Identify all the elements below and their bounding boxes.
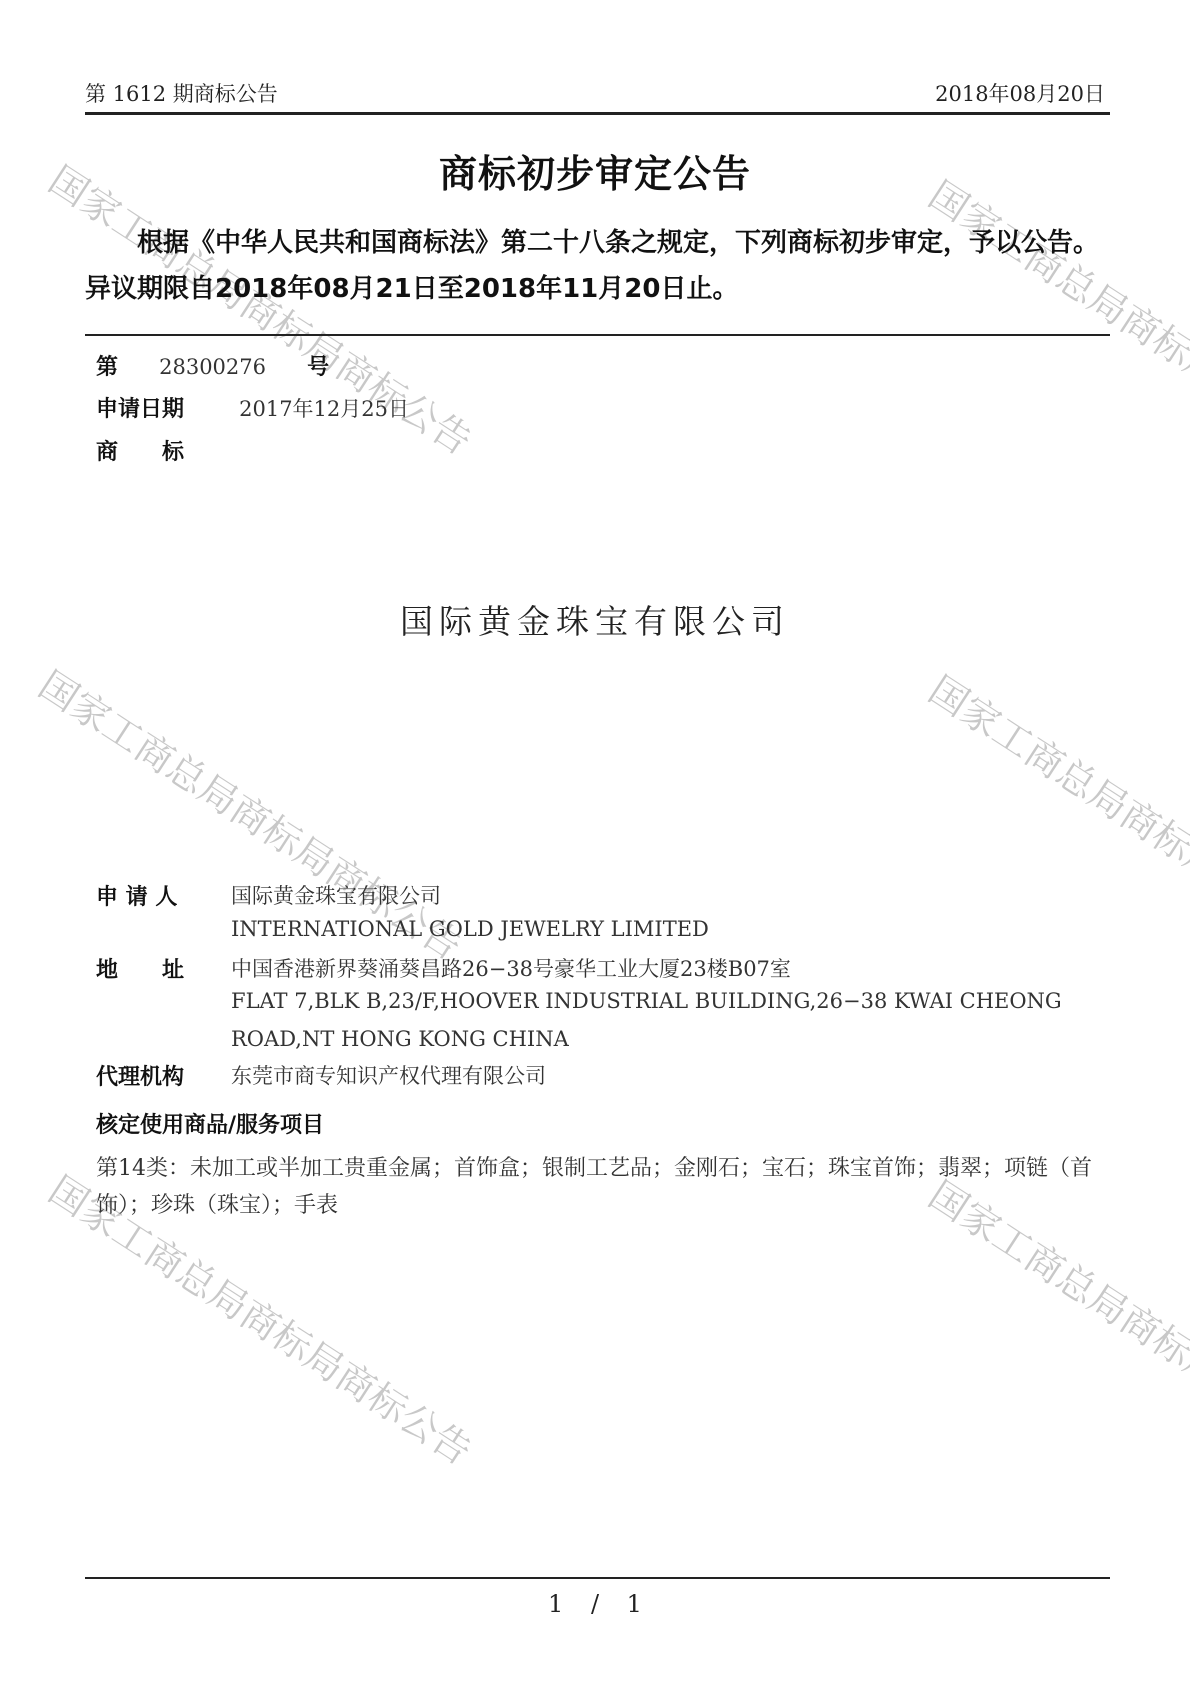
filing-date-row: 申请日期 2017年12月25日 — [96, 392, 409, 423]
registration-number: 28300276 — [159, 355, 266, 379]
watermark: 国家工商总局商标局商标公告 — [920, 165, 1190, 480]
address-label: 地 址 — [96, 953, 206, 984]
applicant-cn: 国际黄金珠宝有限公司 — [231, 880, 441, 910]
trademark-text: 国际黄金珠宝有限公司 — [0, 596, 1190, 643]
agent: 东莞市商专知识产权代理有限公司 — [231, 1060, 546, 1090]
address-en-line2: ROAD,NT HONG KONG CHINA — [231, 1027, 569, 1051]
filing-date-label: 申请日期 — [96, 397, 184, 422]
mark-label: 商 标 — [96, 435, 184, 466]
applicant-en: INTERNATIONAL GOLD JEWELRY LIMITED — [231, 917, 709, 941]
address-cn: 中国香港新界葵涌葵昌路26−38号豪华工业大厦23楼B07室 — [231, 953, 791, 983]
applicant-label: 申 请 人 — [96, 880, 206, 911]
intro-paragraph: 根据《中华人民共和国商标法》第二十八条之规定，下列商标初步审定，予以公告。异议期… — [85, 220, 1110, 312]
goods-heading: 核定使用商品/服务项目 — [96, 1108, 324, 1139]
footer-divider — [85, 1577, 1110, 1579]
registration-number-row: 第 28300276 号 — [96, 350, 329, 381]
issue-number: 第 1612 期商标公告 — [85, 78, 278, 108]
watermark: 国家工商总局商标局商标公告 — [920, 660, 1190, 975]
page-title: 商标初步审定公告 — [0, 143, 1190, 198]
number-prefix: 第 — [96, 355, 118, 380]
number-suffix: 号 — [307, 355, 329, 380]
goods-list: 第14类：未加工或半加工贵重金属；首饰盒；银制工艺品；金刚石；宝石；珠宝首饰；翡… — [96, 1150, 1106, 1224]
header-divider — [85, 112, 1110, 115]
section-divider — [85, 334, 1110, 336]
address-en-line1: FLAT 7,BLK B,23/F,HOOVER INDUSTRIAL BUIL… — [231, 989, 1062, 1013]
issue-date: 2018年08月20日 — [935, 78, 1105, 108]
filing-date: 2017年12月25日 — [239, 397, 409, 421]
agent-label: 代理机构 — [96, 1060, 206, 1091]
page-number: 1 / 1 — [0, 1590, 1190, 1618]
